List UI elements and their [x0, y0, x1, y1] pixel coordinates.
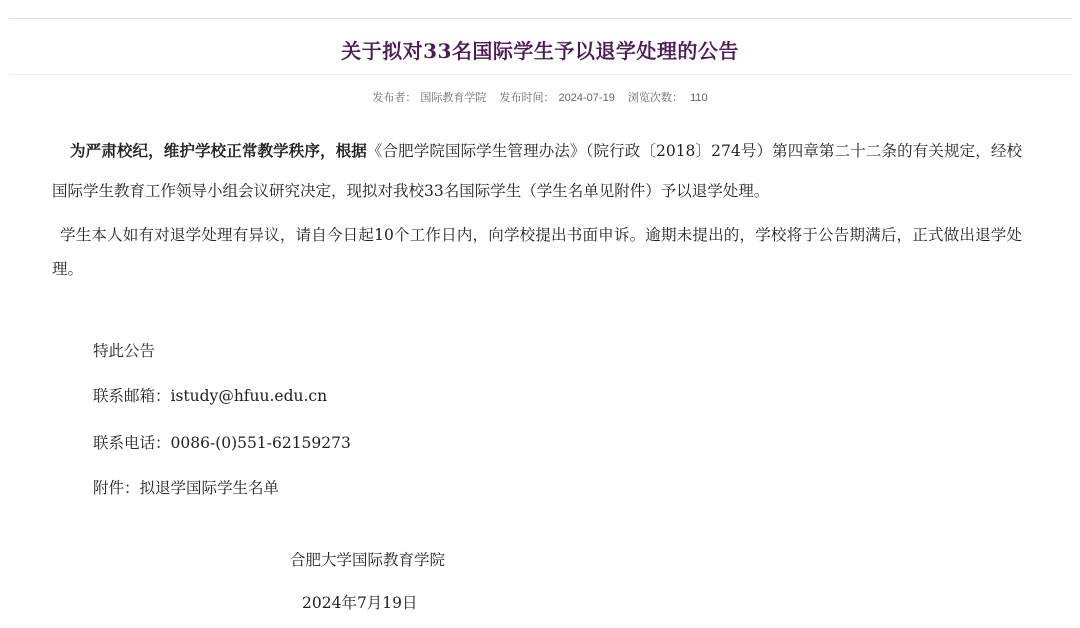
signature-date: 2024年7月19日 [302, 592, 418, 614]
closing-statement: 特此公告 [93, 340, 155, 362]
paragraph-decision: 为严肃校纪，维护学校正常教学秩序，根据《合肥学院国际学生管理办法》（院行政〔20… [52, 131, 1022, 211]
attachment: 附件：拟退学国际学生名单 [93, 477, 279, 499]
article-meta: 发布者：国际教育学院 发布时间：2024-07-19 浏览次数： 110 [0, 90, 1080, 106]
phone-label: 联系电话： [93, 434, 171, 452]
publisher-label: 发布者： [372, 92, 416, 104]
views-label: 浏览次数： [628, 92, 683, 104]
paragraph-appeal: 学生本人如有对退学处理有异议，请自今日起10个工作日内，向学校提出书面申诉。逾期… [52, 218, 1022, 286]
phone-value: 0086-(0)551-62159273 [171, 434, 351, 452]
top-divider [9, 18, 1072, 19]
paragraph-decision-lead: 为严肃校纪，维护学校正常教学秩序，根据 [70, 141, 367, 160]
views-count: 110 [690, 92, 708, 104]
date-value: 2024-07-19 [559, 92, 615, 104]
attachment-link[interactable]: 拟退学国际学生名单 [140, 479, 280, 497]
date-label: 发布时间： [500, 92, 555, 104]
title-divider [9, 74, 1072, 75]
article-title: 关于拟对33名国际学生予以退学处理的公告 [0, 36, 1080, 66]
attachment-label: 附件： [93, 479, 140, 497]
email-label: 联系邮箱： [93, 387, 171, 405]
contact-email: 联系邮箱：istudy@hfuu.edu.cn [93, 385, 327, 407]
signature-organization: 合肥大学国际教育学院 [290, 549, 445, 571]
email-link[interactable]: istudy@hfuu.edu.cn [171, 387, 328, 405]
publisher-value: 国际教育学院 [420, 92, 486, 104]
contact-phone: 联系电话：0086-(0)551-62159273 [93, 432, 351, 454]
